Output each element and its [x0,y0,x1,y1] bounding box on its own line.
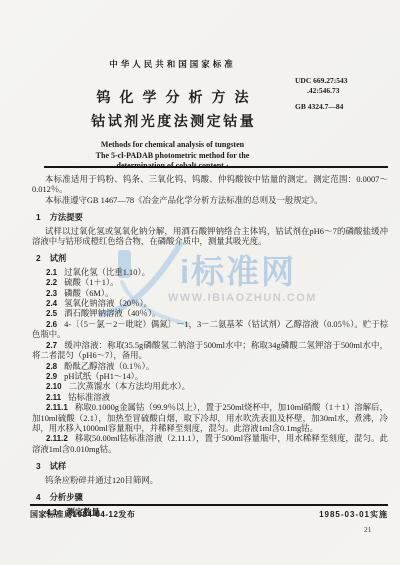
reagent-item-2-11: 2.11钴标准溶液 [32,393,388,403]
section1-body: 试样以过氧化氢或氢氧化钠分解，用酒石酸钾钠络合主体钨，钴试剂在pH6～7的磷酸盐… [32,227,388,248]
section2-title: 试剂 [50,253,67,263]
reagent-item-2-3: 2.3磷酸（6M）。 [32,289,388,299]
scope-paragraph-1: 本标准适用于钨粉、钨条、三氧化钨、钨酸、仲钨酸铵中钴量的测定。测定范围：0.00… [32,175,388,196]
footer: 国家标准局1984-04-12发布 1985-03-01实施 [30,509,388,520]
reagent-item-2-9: 2.9pH试纸（pH1～14）。 [32,372,388,382]
section3-body: 钨条应粉碎并通过120目筛网。 [32,476,388,486]
section3-number: 3 [36,461,50,471]
implement-date-text: 1985-03-01实施 [319,509,388,520]
document: 中华人民共和国国家标准 钨化学分析方法 钴试剂光度法测定钴量 Methods f… [0,0,400,565]
reagent-item-2-6: 2.64-〔（5－氯－2－吡啶）偶氮〕－1，3－二氨基苯（钴试剂）乙醇溶液（0.… [32,320,388,341]
section3-heading: 3试样 [36,461,388,471]
document-title-line1: 钨化学分析方法 [30,87,315,107]
reagent-item-2-8: 2.8酚酞乙醇溶液（0.1％）。 [32,362,388,372]
reagent-item-2-10: 2.10二次蒸馏水（本方法均用此水）。 [32,382,388,392]
english-title-line1: Methods for chemical analysis of tungste… [30,140,315,151]
section3-title: 试样 [50,461,67,471]
publish-date-text: 国家标准局1984-04-12发布 [30,509,135,520]
udc-number-line2: .42:546.73 [295,86,395,96]
section2-number: 2 [36,253,50,263]
header-divider [44,166,388,168]
section1-title: 方法提要 [50,212,83,222]
reagent-item-2-7: 2.7缓冲溶液：称取35.5g磷酸氢二钠溶于500ml水中；称取34g磷酸二氢钾… [32,341,388,362]
page-number: 21 [364,525,372,534]
scope-paragraph-2: 本标准遵守GB 1467—78《冶金产品化学分析方法标准的总则及一般规定》。 [32,196,388,206]
gb-standard-number: GB 4324.7—84 [295,102,395,112]
reagent-item-2-11-2: 2.11.2移取50.00ml钴标准溶液（2.11.1），置于500ml容量瓶中… [32,434,388,455]
section4-title: 分析步骤 [50,492,83,502]
reagent-item-2-4: 2.4氢氧化钠溶液（20％）。 [32,299,388,309]
scanned-standard-page: i标准网 WWW.IBIAOZHUN.COM 中华人民共和国国家标准 钨化学分析… [0,0,400,565]
udc-number-line1: UDC 669.27:543 [295,76,395,86]
reagent-item-2-2: 2.2硫酸（1＋1）。 [32,278,388,288]
udc-gb-block: UDC 669.27:543 .42:546.73 GB 4324.7—84 [295,76,395,112]
section4-number: 4 [36,492,50,502]
reagent-item-2-1: 2.1过氧化氢（比重1.10）。 [32,268,388,278]
reagent-item-2-5: 2.5酒石酸钾钠溶液（40％）。 [32,309,388,319]
document-title-line2: 钴试剂光度法测定钴量 [30,111,315,131]
section4-heading: 4分析步骤 [36,492,388,502]
section2-heading: 2试剂 [36,253,388,263]
english-title-line2: The 5-cl-PADAB photometric method for th… [30,151,315,162]
national-standard-label: 中华人民共和国国家标准 [30,58,315,70]
section1-number: 1 [36,212,50,222]
body-content: 本标准适用于钨粉、钨条、三氧化钨、钨酸、仲钨酸铵中钴量的测定。测定范围：0.00… [32,175,388,522]
section1-heading: 1方法提要 [36,212,388,222]
reagent-item-2-11-1: 2.11.1称取0.1000g金属钴（99.9％以上），置于250ml烧杯中，加… [32,403,388,434]
title-column: 中华人民共和国国家标准 钨化学分析方法 钴试剂光度法测定钴量 Methods f… [30,0,315,172]
footer-divider [30,504,388,506]
